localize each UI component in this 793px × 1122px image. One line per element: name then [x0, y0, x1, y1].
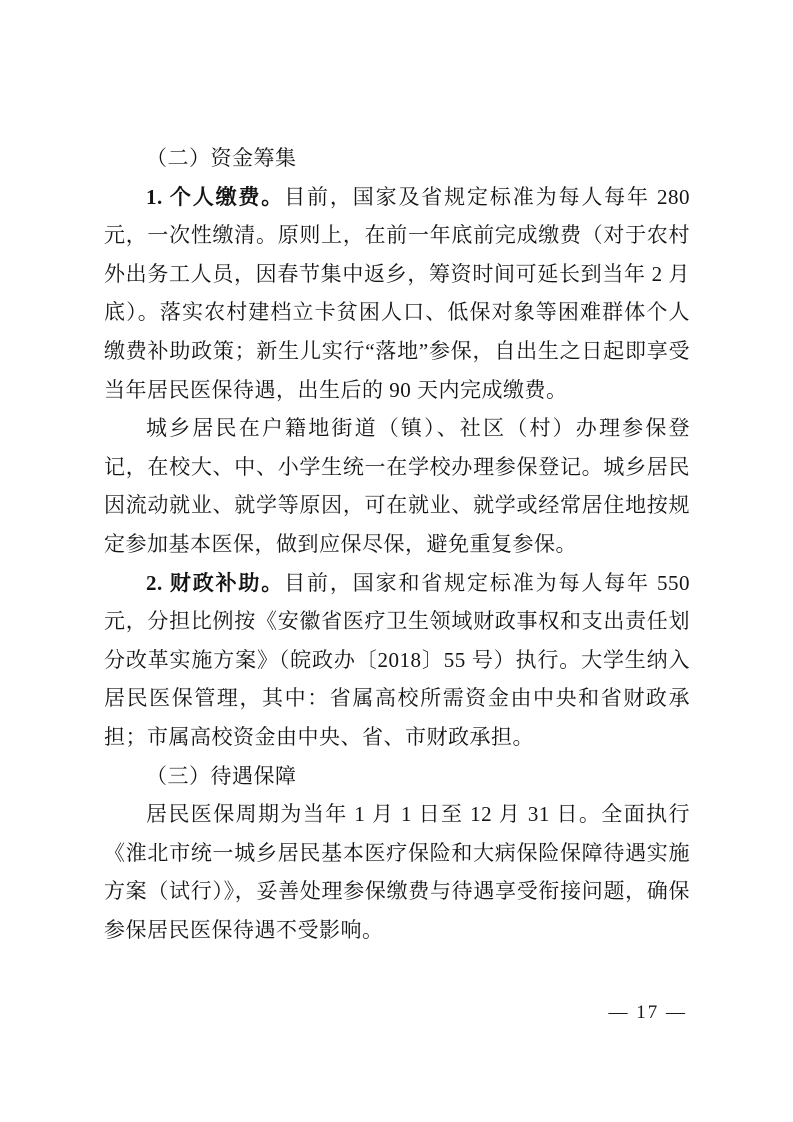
- paragraph-lead: 2. 财政补助。: [146, 571, 284, 595]
- paragraph-text: （三）待遇保障: [146, 764, 297, 788]
- paragraph: 城乡居民在户籍地街道（镇）、社区（村）办理参保登记，在校大、中、小学生统一在学校…: [104, 409, 690, 563]
- paragraph-text: （二）资金筹集: [146, 146, 297, 170]
- paragraph-lead: 1. 个人缴费。: [146, 185, 284, 209]
- paragraph: 2. 财政补助。目前，国家和省规定标准为每人每年 550 元，分担比例按《安徽省…: [104, 564, 690, 757]
- paragraph-text: 目前，国家和省规定标准为每人每年 550 元，分担比例按《安徽省医疗卫生领域财政…: [104, 571, 690, 749]
- paragraph: 1. 个人缴费。目前，国家及省规定标准为每人每年 280 元，一次性缴清。原则上…: [104, 178, 690, 410]
- paragraph-text: 目前，国家及省规定标准为每人每年 280 元，一次性缴清。原则上，在前一年底前完…: [104, 185, 690, 402]
- section-heading: （二）资金筹集: [104, 139, 690, 178]
- paragraph: 居民医保周期为当年 1 月 1 日至 12 月 31 日。全面执行《淮北市统一城…: [104, 795, 690, 949]
- paragraph-text: 居民医保周期为当年 1 月 1 日至 12 月 31 日。全面执行《淮北市统一城…: [104, 802, 690, 942]
- document-page: （二）资金筹集1. 个人缴费。目前，国家及省规定标准为每人每年 280 元，一次…: [0, 0, 793, 1122]
- document-body: （二）资金筹集1. 个人缴费。目前，国家及省规定标准为每人每年 280 元，一次…: [104, 139, 690, 949]
- page-number: — 17 —: [609, 1002, 688, 1024]
- section-heading: （三）待遇保障: [104, 757, 690, 796]
- paragraph-text: 城乡居民在户籍地街道（镇）、社区（村）办理参保登记，在校大、中、小学生统一在学校…: [104, 416, 690, 556]
